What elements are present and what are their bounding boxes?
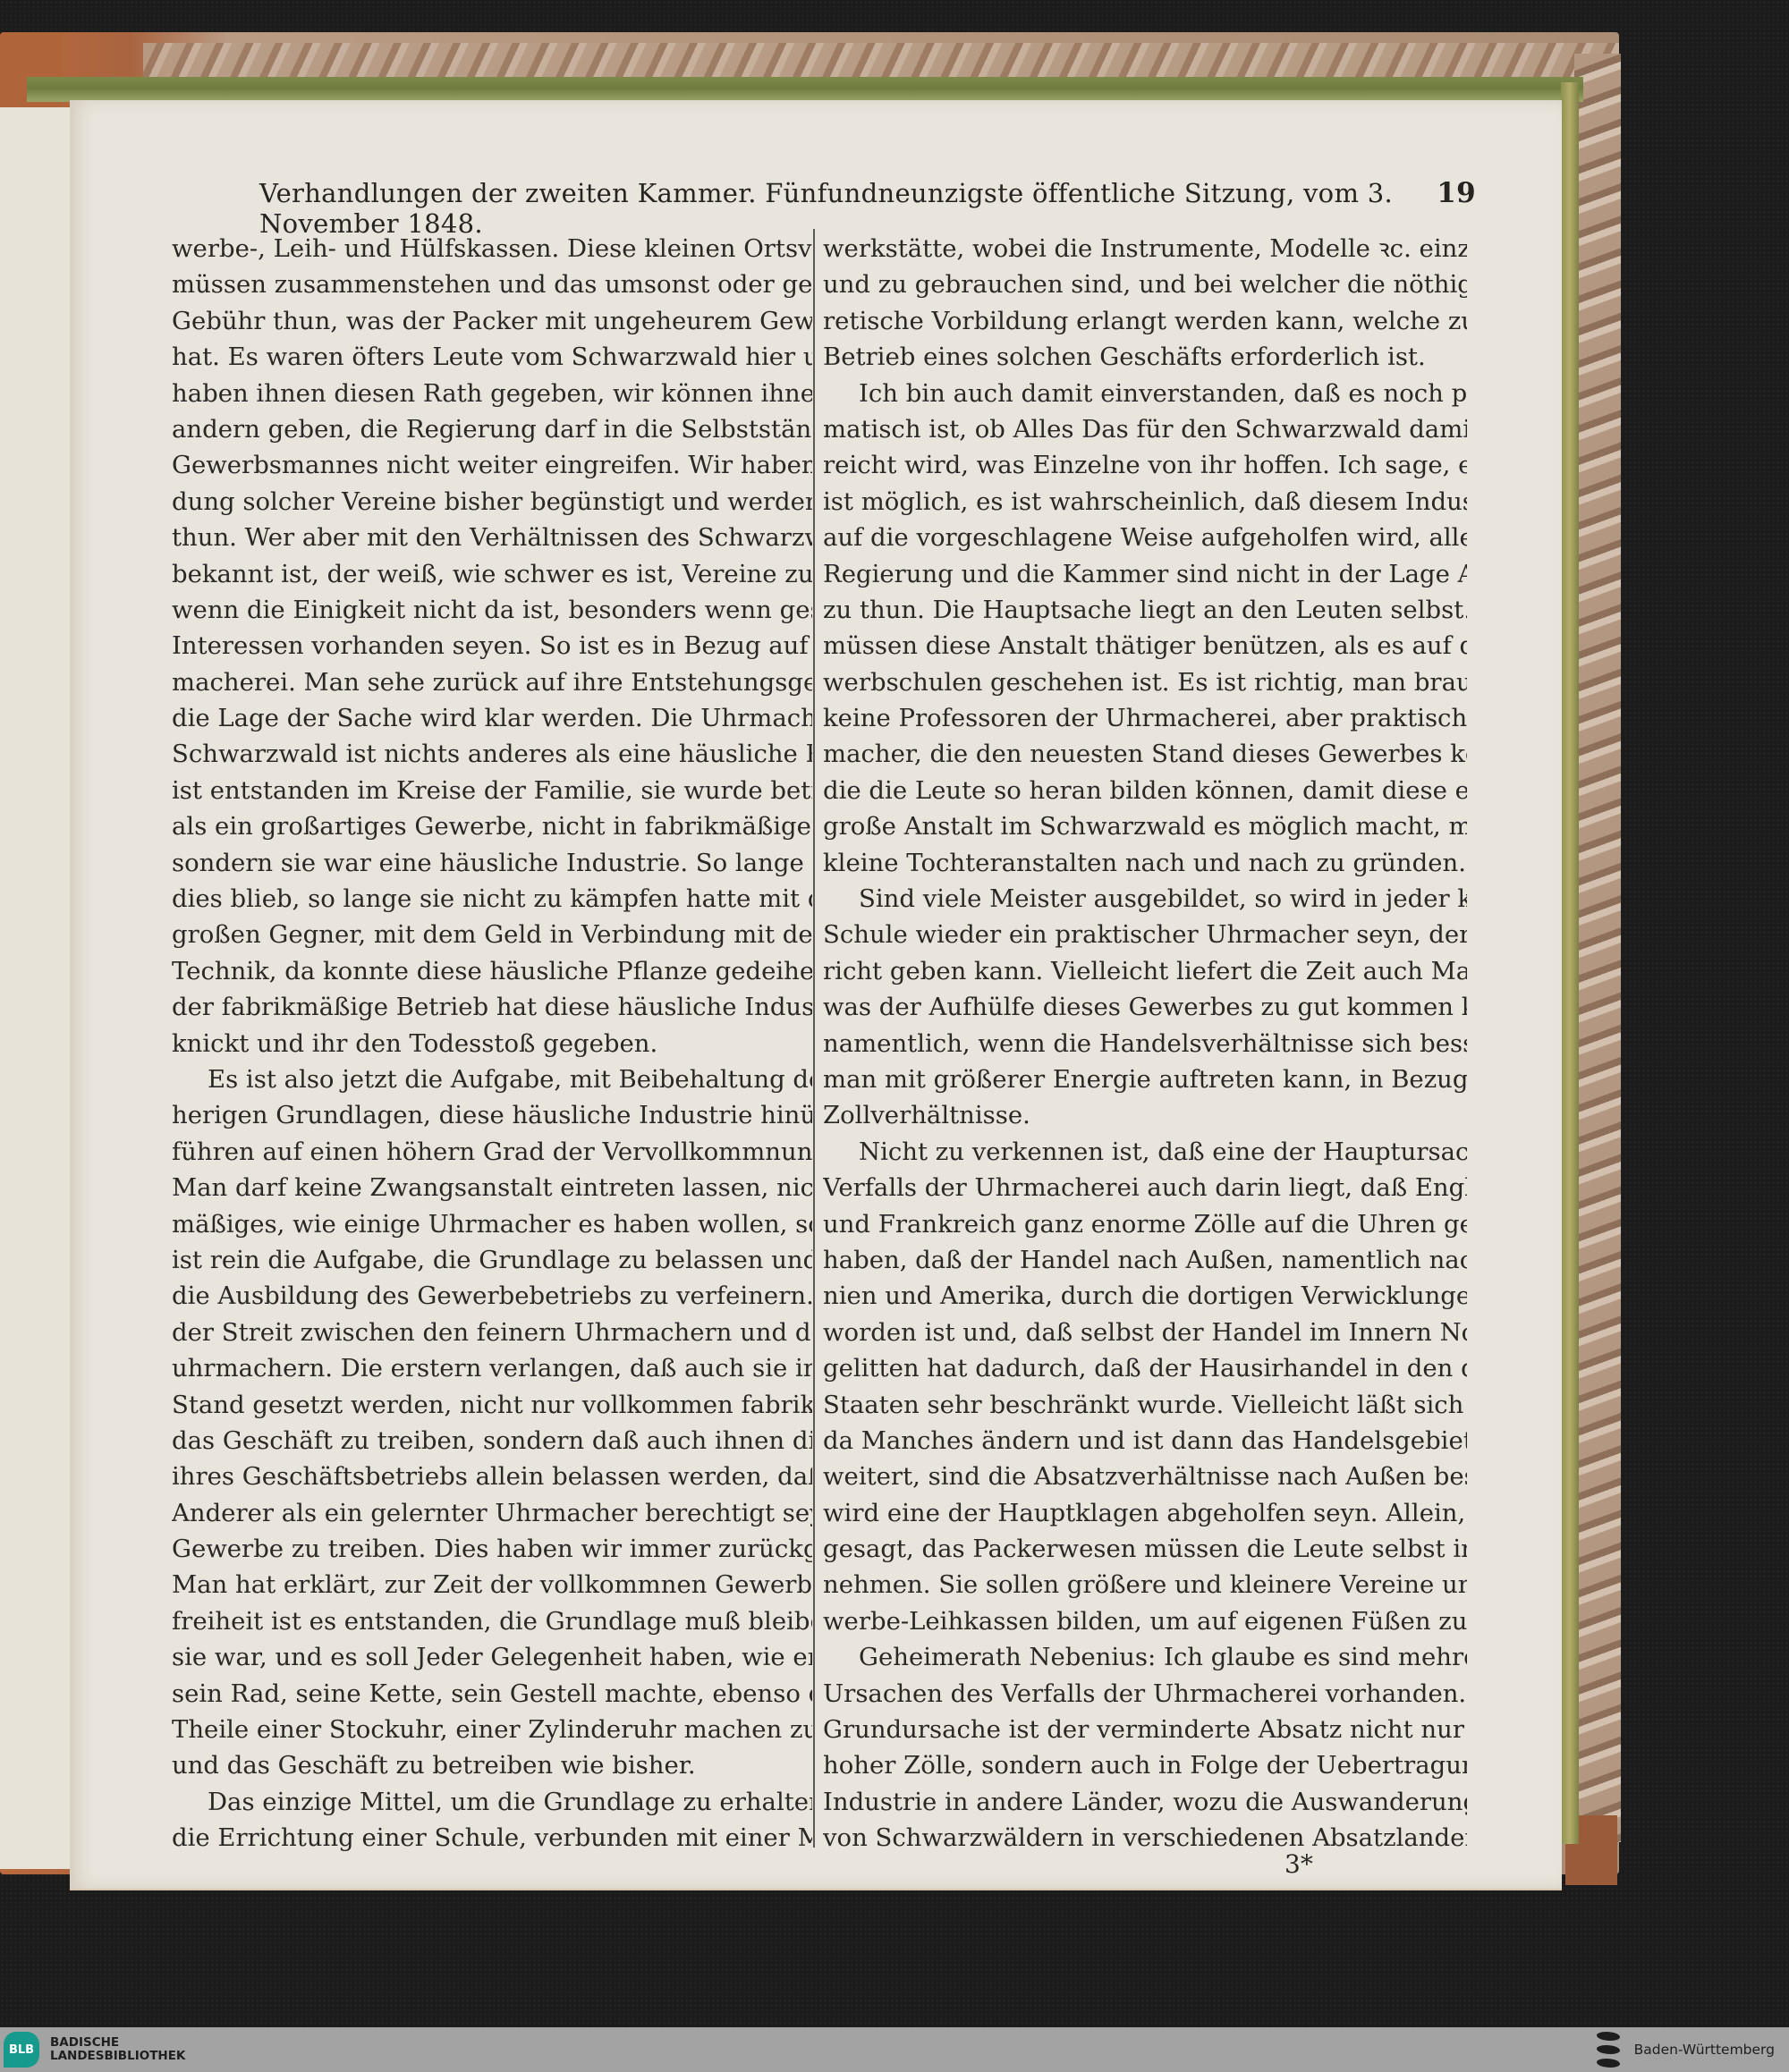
text-line: Man hat erklärt, zur Zeit der vollkommne… <box>172 1567 812 1603</box>
page-number: 19 <box>1437 177 1476 209</box>
text-line: Das einzige Mittel, um die Grundlage zu … <box>172 1784 812 1820</box>
column-divider <box>813 229 815 1848</box>
text-line: gelitten hat dadurch, daß der Hausirhand… <box>823 1350 1467 1386</box>
text-line: sein Rad, seine Kette, sein Gestell mach… <box>172 1676 812 1712</box>
text-line: großen Gegner, mit dem Geld in Verbindun… <box>172 917 812 952</box>
text-line: Technik, da konnte diese häusliche Pflan… <box>172 953 812 989</box>
gilt-edge-top <box>27 77 1583 102</box>
text-line: haben ihnen diesen Rath gegeben, wir kön… <box>172 376 812 411</box>
baden-wuerttemberg-logo[interactable]: Baden-Württemberg <box>1597 2032 1775 2068</box>
text-line: thun. Wer aber mit den Verhältnissen des… <box>172 520 812 555</box>
text-line: die Errichtung einer Schule, verbunden m… <box>172 1820 812 1856</box>
text-line: führen auf einen höhern Grad der Vervoll… <box>172 1134 812 1170</box>
text-line: knickt und ihr den Todesstoß gegeben. <box>172 1026 812 1061</box>
text-line: ist entstanden im Kreise der Familie, si… <box>172 773 812 808</box>
text-line: kleine Tochteranstalten nach und nach zu… <box>823 845 1467 881</box>
three-lions-coat-of-arms-icon <box>1597 2032 1624 2068</box>
text-line: Staaten sehr beschränkt wurde. Vielleich… <box>823 1387 1467 1423</box>
text-line: Grundursache ist der verminderte Absatz … <box>823 1712 1467 1747</box>
text-line: Ich bin auch damit einverstanden, daß es… <box>823 376 1467 411</box>
text-column-right: werkstätte, wobei die Instrumente, Model… <box>823 231 1467 1856</box>
text-line: die die Leute so heran bilden können, da… <box>823 773 1467 808</box>
text-line: die Ausbildung des Gewerbebetriebs zu ve… <box>172 1278 812 1314</box>
text-line: Zollverhältnisse. <box>823 1097 1467 1133</box>
text-line: werbschulen geschehen ist. Es ist richti… <box>823 664 1467 700</box>
blb-logo[interactable]: BLB BADISCHE LANDESBIBLIOTHEK <box>4 2032 185 2068</box>
text-line: von Schwarzwäldern in verschiedenen Absa… <box>823 1820 1467 1856</box>
text-line: retische Vorbildung erlangt werden kann,… <box>823 303 1467 339</box>
text-line: Ursachen des Verfalls der Uhrmacherei vo… <box>823 1676 1467 1712</box>
marbled-board-top <box>143 43 1619 80</box>
text-line: müssen zusammenstehen und das umsonst od… <box>172 266 812 302</box>
text-line: namentlich, wenn die Handelsverhältnisse… <box>823 1026 1467 1061</box>
text-line: da Manches ändern und ist dann das Hande… <box>823 1423 1467 1459</box>
text-line: worden ist und, daß selbst der Handel im… <box>823 1315 1467 1350</box>
text-line: Verfalls der Uhrmacherei auch darin lieg… <box>823 1170 1467 1205</box>
facing-page-edge <box>0 107 72 1869</box>
text-line: hoher Zölle, sondern auch in Folge der U… <box>823 1747 1467 1783</box>
text-line: als ein großartiges Gewerbe, nicht in fa… <box>172 808 812 844</box>
text-line: die Lage der Sache wird klar werden. Die… <box>172 700 812 736</box>
text-line: haben, daß der Handel nach Außen, nament… <box>823 1242 1467 1278</box>
text-line: nehmen. Sie sollen größere und kleinere … <box>823 1567 1467 1603</box>
text-line: sie war, und es soll Jeder Gelegenheit h… <box>172 1639 812 1675</box>
text-line: herigen Grundlagen, diese häusliche Indu… <box>172 1097 812 1133</box>
text-line: Betrieb eines solchen Geschäfts erforder… <box>823 339 1467 375</box>
text-line: Sind viele Meister ausgebildet, so wird … <box>823 881 1467 917</box>
text-line: auf die vorgeschlagene Weise aufgeholfen… <box>823 520 1467 555</box>
text-line: große Anstalt im Schwarzwald es möglich … <box>823 808 1467 844</box>
text-line: Es ist also jetzt die Aufgabe, mit Beibe… <box>172 1061 812 1097</box>
marbled-board-right <box>1574 54 1621 1842</box>
running-head-title: Verhandlungen der zweiten Kammer. Fünfun… <box>259 178 1437 239</box>
text-line: gesagt, das Packerwesen müssen die Leute… <box>823 1531 1467 1567</box>
text-line: dies blieb, so lange sie nicht zu kämpfe… <box>172 881 812 917</box>
text-line: macherei. Man sehe zurück auf ihre Entst… <box>172 664 812 700</box>
text-line: bekannt ist, der weiß, wie schwer es ist… <box>172 556 812 592</box>
text-line: Schwarzwald ist nichts anderes als eine … <box>172 736 812 772</box>
text-line: man mit größerer Energie auftreten kann,… <box>823 1061 1467 1097</box>
text-line: Nicht zu verkennen ist, daß eine der Hau… <box>823 1134 1467 1170</box>
text-line: Stand gesetzt werden, nicht nur vollkomm… <box>172 1387 812 1423</box>
text-line: Geheimerath Nebenius: Ich glaube es sind… <box>823 1639 1467 1675</box>
text-line: Schule wieder ein praktischer Uhrmacher … <box>823 917 1467 952</box>
text-line: werbe-Leihkassen bilden, um auf eigenen … <box>823 1603 1467 1639</box>
text-line: hat. Es waren öfters Leute vom Schwarzwa… <box>172 339 812 375</box>
text-line: der fabrikmäßige Betrieb hat diese häusl… <box>172 989 812 1025</box>
gilt-edge-right <box>1561 82 1579 1844</box>
text-line: was der Aufhülfe dieses Gewerbes zu gut … <box>823 989 1467 1025</box>
text-line: wenn die Einigkeit nicht da ist, besonde… <box>172 592 812 628</box>
text-line: der Streit zwischen den feinern Uhrmache… <box>172 1315 812 1350</box>
text-line: Anderer als ein gelernter Uhrmacher bere… <box>172 1495 812 1531</box>
text-line: Regierung und die Kammer sind nicht in d… <box>823 556 1467 592</box>
text-line: Gewerbe zu treiben. Dies haben wir immer… <box>172 1531 812 1567</box>
text-line: zu thun. Die Hauptsache liegt an den Leu… <box>823 592 1467 628</box>
text-line: Man darf keine Zwangsanstalt eintreten l… <box>172 1170 812 1205</box>
text-line: keine Professoren der Uhrmacherei, aber … <box>823 700 1467 736</box>
text-line: ist möglich, es ist wahrscheinlich, daß … <box>823 484 1467 520</box>
text-line: matisch ist, ob Alles Das für den Schwar… <box>823 411 1467 447</box>
text-line: müssen diese Anstalt thätiger benützen, … <box>823 628 1467 664</box>
text-line: uhrmachern. Die erstern verlangen, daß a… <box>172 1350 812 1386</box>
text-line: andern geben, die Regierung darf in die … <box>172 411 812 447</box>
text-column-left: werbe-, Leih- und Hülfskassen. Diese kle… <box>172 231 812 1856</box>
text-line: wird eine der Hauptklagen abgeholfen sey… <box>823 1495 1467 1531</box>
text-line: richt geben kann. Vielleicht liefert die… <box>823 953 1467 989</box>
text-line: ist rein die Aufgabe, die Grundlage zu b… <box>172 1242 812 1278</box>
text-line: ihres Geschäftsbetriebs allein belassen … <box>172 1459 812 1494</box>
text-line: Interessen vorhanden seyen. So ist es in… <box>172 628 812 664</box>
text-line: sondern sie war eine häusliche Industrie… <box>172 845 812 881</box>
blb-badge-icon: BLB <box>4 2032 39 2068</box>
blb-wordmark: BADISCHE LANDESBIBLIOTHEK <box>50 2036 185 2063</box>
text-line: Industrie in andere Länder, wozu die Aus… <box>823 1784 1467 1820</box>
blb-line-2: LANDESBIBLIOTHEK <box>50 2050 185 2063</box>
text-line: werbe-, Leih- und Hülfskassen. Diese kle… <box>172 231 812 266</box>
text-line: nien und Amerika, durch die dortigen Ver… <box>823 1278 1467 1314</box>
text-line: und das Geschäft zu betreiben wie bisher… <box>172 1747 812 1783</box>
text-line: Theile einer Stockuhr, einer Zylinderuhr… <box>172 1712 812 1747</box>
running-head: Verhandlungen der zweiten Kammer. Fünfun… <box>259 177 1476 213</box>
baden-wuerttemberg-wordmark: Baden-Württemberg <box>1634 2042 1775 2058</box>
text-line: und Frankreich ganz enorme Zölle auf die… <box>823 1206 1467 1242</box>
blb-line-1: BADISCHE <box>50 2036 185 2050</box>
text-line: macher, die den neuesten Stand dieses Ge… <box>823 736 1467 772</box>
text-line: weitert, sind die Absatzverhältnisse nac… <box>823 1459 1467 1494</box>
text-line: Gebühr thun, was der Packer mit ungeheur… <box>172 303 812 339</box>
footer-bar: BLB BADISCHE LANDESBIBLIOTHEK Baden-Würt… <box>0 2027 1789 2072</box>
text-line: reicht wird, was Einzelne von ihr hoffen… <box>823 447 1467 483</box>
text-line: und zu gebrauchen sind, und bei welcher … <box>823 266 1467 302</box>
text-line: freiheit ist es entstanden, die Grundlag… <box>172 1603 812 1639</box>
signature-mark: 3* <box>1285 1849 1313 1879</box>
text-line: Gewerbsmannes nicht weiter eingreifen. W… <box>172 447 812 483</box>
text-line: mäßiges, wie einige Uhrmacher es haben w… <box>172 1206 812 1242</box>
text-line: dung solcher Vereine bisher begünstigt u… <box>172 484 812 520</box>
text-line: werkstätte, wobei die Instrumente, Model… <box>823 231 1467 266</box>
text-line: das Geschäft zu treiben, sondern daß auc… <box>172 1423 812 1459</box>
